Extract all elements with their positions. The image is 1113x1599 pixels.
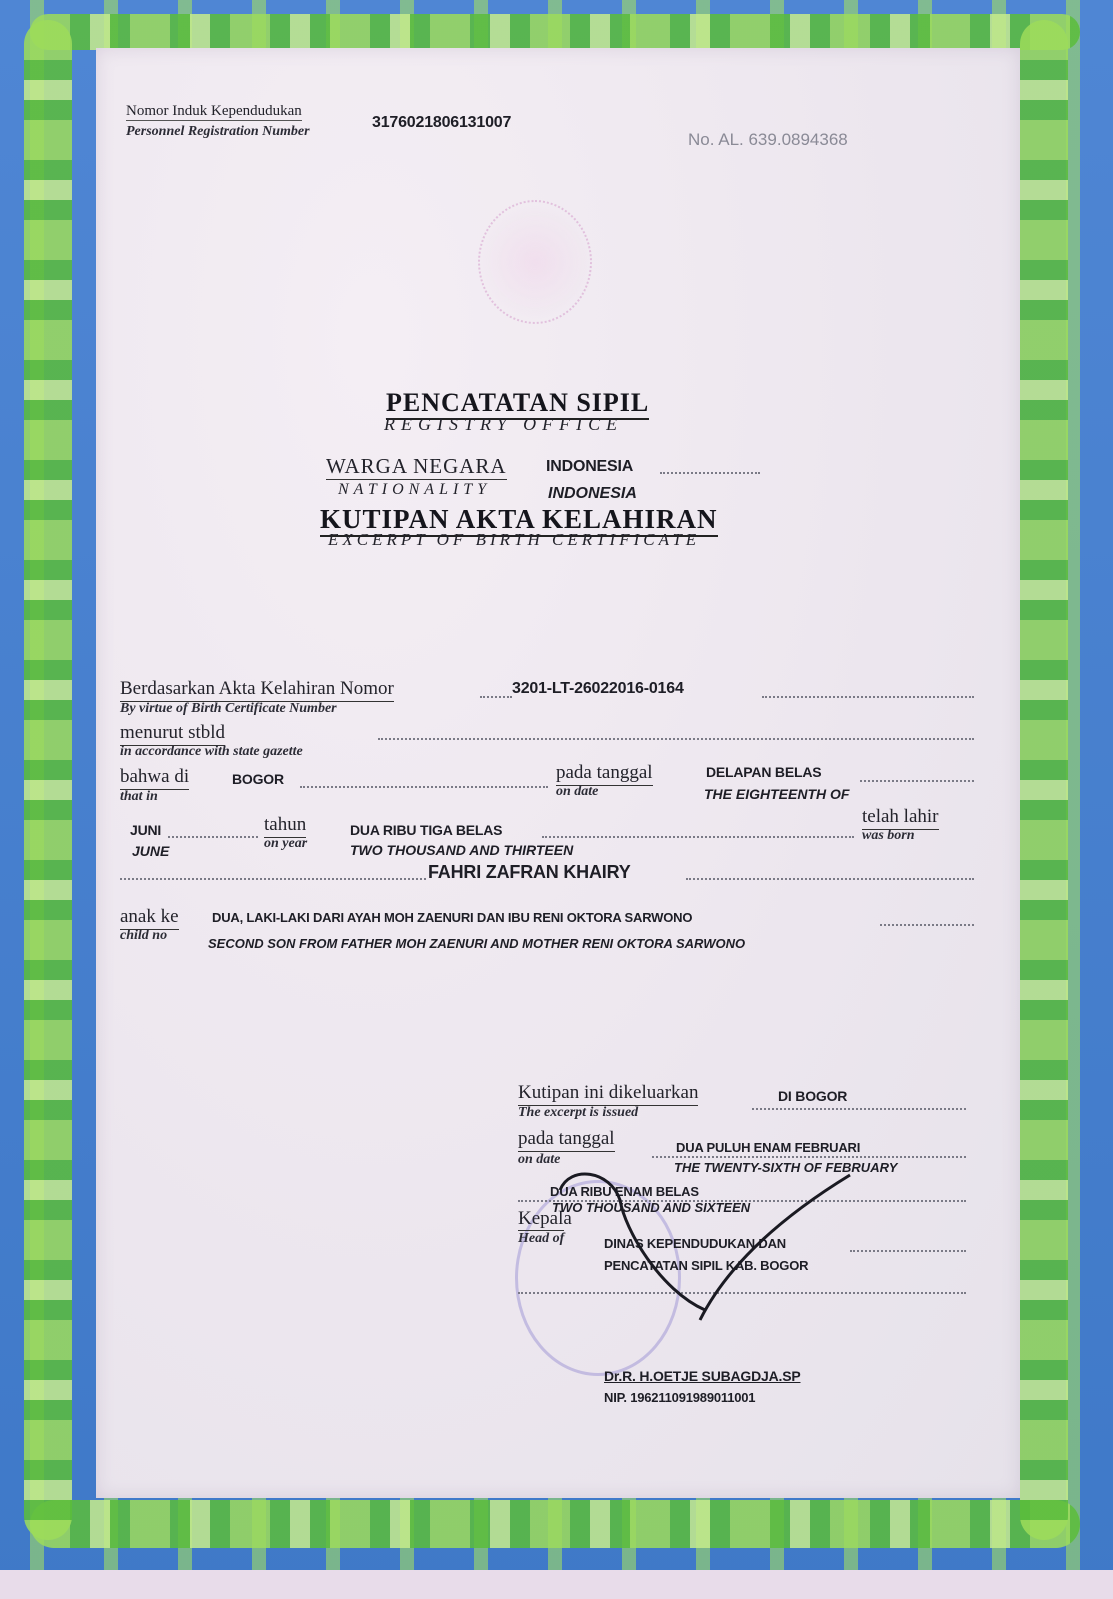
ornament-right xyxy=(1020,20,1068,1540)
serial-number: No. AL. 639.0894368 xyxy=(688,130,848,150)
dotted-line xyxy=(652,1156,966,1158)
issue-date-label-en: on date xyxy=(518,1152,560,1168)
place-label-en: that in xyxy=(120,789,158,805)
signature-icon xyxy=(540,1170,860,1330)
ornament-top xyxy=(30,14,1080,50)
dotted-line xyxy=(752,1108,966,1110)
document-title-en: EXCERPT OF BIRTH CERTIFICATE xyxy=(328,530,700,550)
month-value: JUNI xyxy=(130,822,161,838)
year-label: tahun xyxy=(264,814,306,838)
ornament-bottom xyxy=(30,1500,1080,1548)
official-name: Dr.R. H.OETJE SUBAGDJA.SP xyxy=(604,1368,801,1384)
dotted-line xyxy=(542,836,854,838)
cert-no-label-en: By virtue of Birth Certificate Number xyxy=(120,701,337,717)
child-label: anak ke xyxy=(120,906,179,930)
nik-value: 3176021806131007 xyxy=(372,114,511,132)
child-value-en: SECOND SON FROM FATHER MOH ZAENURI AND M… xyxy=(208,936,745,951)
child-value: DUA, LAKI-LAKI DARI AYAH MOH ZAENURI DAN… xyxy=(212,910,692,925)
cert-no-value: 3201-LT-26022016-0164 xyxy=(512,680,684,698)
born-label-en: was born xyxy=(862,828,915,844)
month-value-en: JUNE xyxy=(132,843,169,859)
date-label: pada tanggal xyxy=(556,762,653,786)
nik-label: Nomor Induk Kependudukan xyxy=(126,103,302,121)
dotted-line xyxy=(762,696,974,698)
dotted-line xyxy=(480,696,512,698)
child-name: FAHRI ZAFRAN KHAIRY xyxy=(428,862,631,883)
gazette-label: menurut stbld xyxy=(120,722,225,746)
nationality-label: WARGA NEGARA xyxy=(326,454,507,480)
gazette-label-en: in accordance with state gazette xyxy=(120,744,303,760)
ornament-left xyxy=(24,20,72,1540)
issued-label-en: The excerpt is issued xyxy=(518,1105,638,1121)
issued-label: Kutipan ini dikeluarkan xyxy=(518,1082,698,1106)
place-value: BOGOR xyxy=(232,771,284,787)
child-label-en: child no xyxy=(120,928,167,944)
dotted-line xyxy=(120,878,426,880)
year-value-en: TWO THOUSAND AND THIRTEEN xyxy=(350,842,573,858)
issue-date-value: DUA PULUH ENAM FEBRUARI xyxy=(676,1140,860,1155)
date-value: DELAPAN BELAS xyxy=(706,764,821,780)
year-label-en: on year xyxy=(264,836,307,852)
year-value: DUA RIBU TIGA BELAS xyxy=(350,822,502,838)
dotted-line xyxy=(880,924,974,926)
scan-edge xyxy=(0,1570,1113,1599)
nik-label-en: Personnel Registration Number xyxy=(126,124,310,140)
born-label: telah lahir xyxy=(862,806,939,830)
place-label: bahwa di xyxy=(120,766,189,790)
official-nip: NIP. 196211091989011001 xyxy=(604,1390,755,1405)
dotted-line xyxy=(168,836,258,838)
dotted-line xyxy=(378,738,974,740)
dotted-line xyxy=(660,472,760,474)
garuda-emblem-icon xyxy=(478,200,592,324)
dotted-line xyxy=(850,1250,966,1252)
nationality-value: INDONESIA xyxy=(546,458,633,476)
issued-value: DI BOGOR xyxy=(778,1088,847,1104)
date-label-en: on date xyxy=(556,784,598,800)
dotted-line xyxy=(686,878,974,880)
office-title-en: REGISTRY OFFICE xyxy=(384,414,623,435)
nationality-label-en: NATIONALITY xyxy=(338,481,491,499)
issue-date-label: pada tanggal xyxy=(518,1128,615,1152)
date-value-en: THE EIGHTEENTH OF xyxy=(704,786,849,802)
dotted-line xyxy=(860,780,974,782)
dotted-line xyxy=(300,786,548,788)
nationality-value-en: INDONESIA xyxy=(548,485,637,503)
cert-no-label: Berdasarkan Akta Kelahiran Nomor xyxy=(120,678,394,702)
